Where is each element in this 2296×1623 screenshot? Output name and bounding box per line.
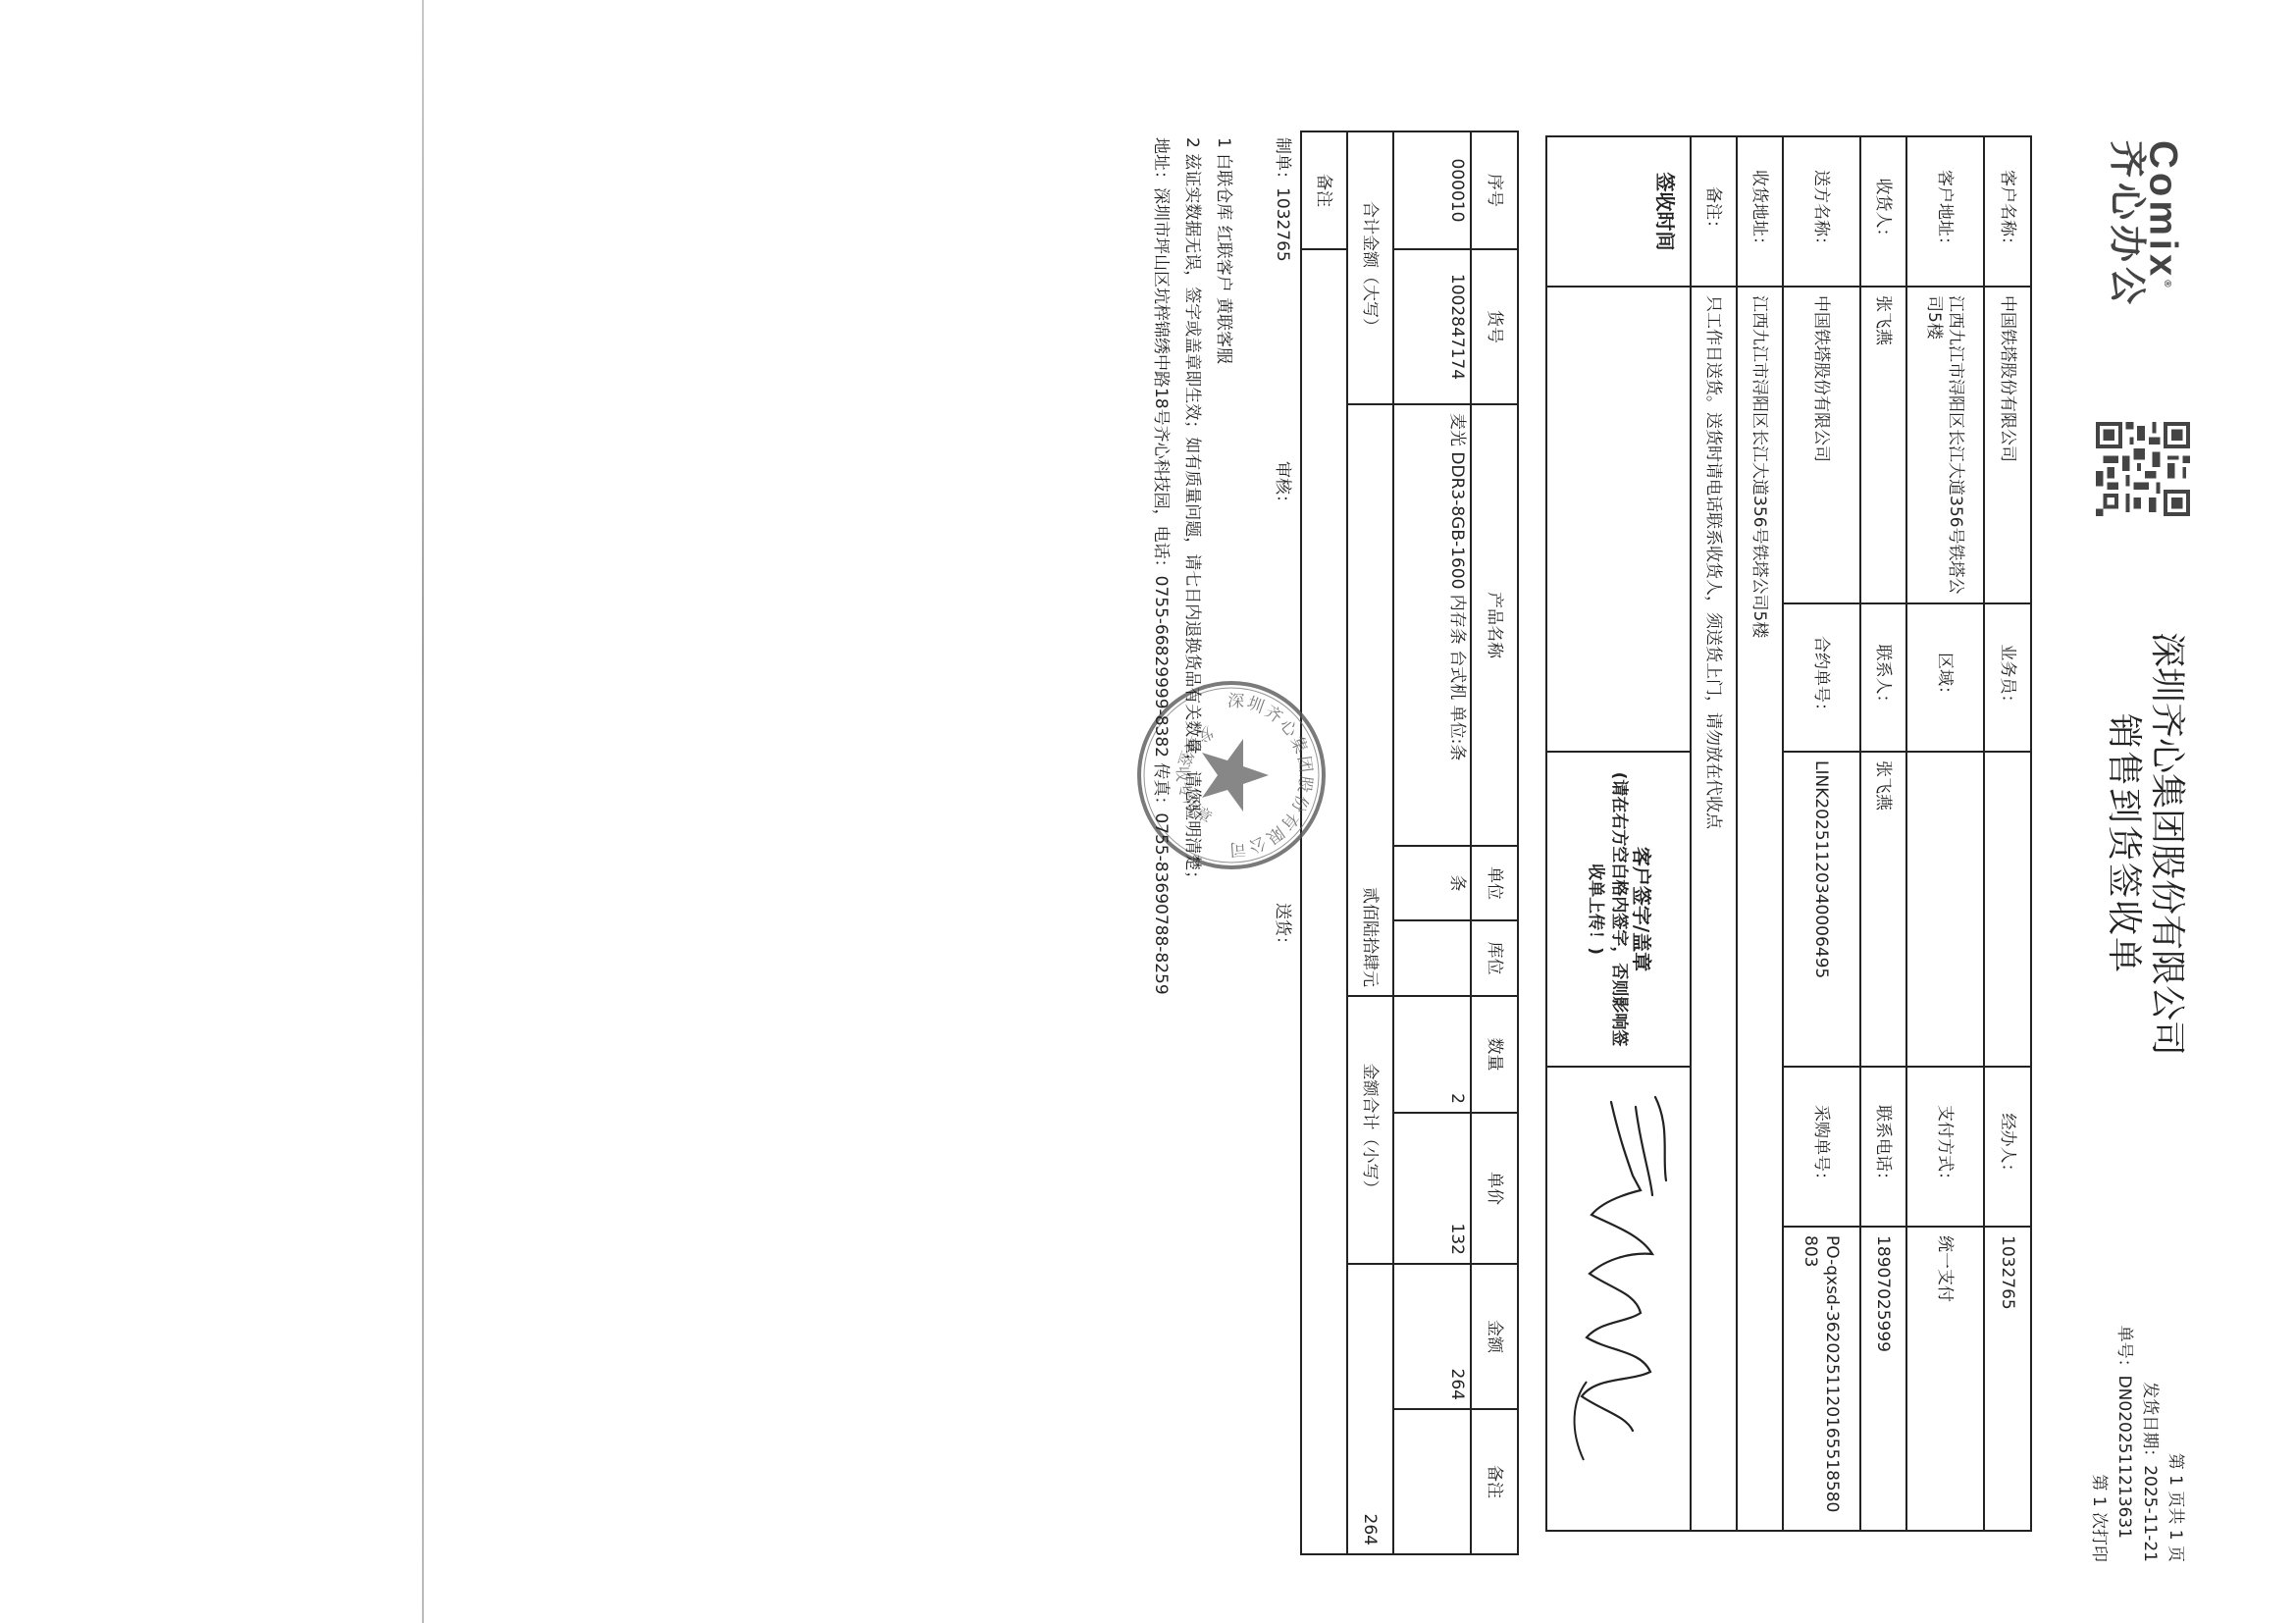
delivery-address: 江西九江市浔阳区长江大道356号铁塔公司5楼 — [1737, 287, 1783, 1531]
sign-title: 客户签字/盖章 — [1632, 764, 1653, 1054]
table-row: 000010 1002847174 麦光 DDR3-8GB-1600 内存条 台… — [1393, 131, 1471, 1554]
contract-number: LINK20251120340006495 — [1783, 752, 1860, 1067]
product-remarks-label: 备注 — [1301, 131, 1347, 249]
maker: 制单：1032765 — [1272, 137, 1293, 262]
col-name: 产品名称 — [1471, 404, 1518, 846]
document-title: 销售到货签收单 — [2104, 550, 2143, 1138]
phone: 18907025999 — [1860, 1227, 1906, 1531]
payment-label: 支付方式： — [1906, 1067, 1984, 1227]
document-number: 单号：DN0202511213631 — [2113, 1326, 2135, 1539]
comix-logo: Comix® — [2144, 140, 2186, 291]
sign-row: 签收时间 客户签字/盖章 (请在右方空白格内签字，否则影响签收单上传！) — [1546, 136, 1691, 1531]
info-row: 收货人： 张飞燕 联系人： 张飞燕 联系电话： 18907025999 — [1860, 136, 1906, 1531]
customer-name: 中国铁塔股份有限公司 — [1984, 287, 2031, 603]
product-table: 序号 货号 产品名称 单位 库位 数量 单价 金额 备注 000010 1002… — [1300, 131, 1519, 1555]
delivery-label: 送货： — [1272, 903, 1293, 953]
row-amount: 264 — [1393, 1264, 1471, 1409]
col-qty: 数量 — [1471, 996, 1518, 1113]
contract-label: 合约单号： — [1783, 603, 1860, 752]
receiver-label: 收货人： — [1860, 136, 1906, 287]
product-table-header: 序号 货号 产品名称 单位 库位 数量 单价 金额 备注 — [1471, 131, 1518, 1554]
col-seq: 序号 — [1471, 131, 1518, 249]
company-title: 深圳齐心集团股份有限公司 — [2147, 550, 2186, 1138]
col-unit: 单位 — [1471, 846, 1518, 920]
row-seq: 000010 — [1393, 131, 1471, 249]
region-label: 区域： — [1906, 603, 1984, 752]
fold-line — [422, 0, 424, 1623]
handler-label: 经办人： — [1984, 1067, 2031, 1227]
row-sku: 1002847174 — [1393, 249, 1471, 404]
col-remark: 备注 — [1471, 1409, 1518, 1554]
info-row: 送方名称： 中国铁塔股份有限公司 合约单号： LINK2025112034000… — [1783, 136, 1860, 1531]
total-upper-label: 合计金额（大写） — [1347, 131, 1393, 404]
col-price: 单价 — [1471, 1113, 1518, 1264]
handwritten-signature — [1552, 1087, 1680, 1499]
col-sku: 货号 — [1471, 249, 1518, 404]
row-location — [1393, 920, 1471, 996]
contact: 张飞燕 — [1860, 752, 1906, 1067]
info-row: 收货地址： 江西九江市浔阳区长江大道356号铁塔公司5楼 — [1737, 136, 1783, 1531]
info-row: 客户地址： 江西九江市浔阳区长江大道356号铁塔公司5楼 区域： 支付方式： 统… — [1906, 136, 1984, 1531]
col-amount: 金额 — [1471, 1264, 1518, 1409]
contact-label: 联系人： — [1860, 603, 1906, 752]
reviewer-label: 审核： — [1272, 461, 1293, 511]
row-qty: 2 — [1393, 996, 1471, 1113]
print-count: 第 1 次打印 — [2088, 1474, 2110, 1562]
customer-name-label: 客户名称： — [1984, 136, 2031, 287]
salesperson — [1984, 752, 2031, 1067]
ship-to-label: 送方名称： — [1783, 136, 1860, 287]
remarks-label: 备注： — [1691, 136, 1737, 287]
info-row: 客户名称： 中国铁塔股份有限公司 业务员： 经办人： 1032765 — [1984, 136, 2031, 1531]
row-price: 132 — [1393, 1113, 1471, 1264]
po-number: PO-qxsd-3620251120165518580803 — [1783, 1227, 1860, 1531]
phone-label: 联系电话： — [1860, 1067, 1906, 1227]
qr-code-icon — [2096, 422, 2190, 516]
delivery-receipt-page: Comix® 齐心办公 深圳齐心集团股份有限公司 销售到货签收单 第 1 页共 … — [0, 0, 2296, 1623]
validity-note: 2 兹证实数据无误，签字或盖章即生效；如有质量问题，请七日内退换货品有关数量，请… — [1181, 137, 1203, 887]
sign-time-field[interactable] — [1546, 287, 1691, 752]
payment-method: 统一支付 — [1906, 1227, 1984, 1531]
handler: 1032765 — [1984, 1227, 2031, 1531]
logo-chinese: 齐心办公 — [2108, 140, 2147, 309]
receiver: 张飞燕 — [1860, 287, 1906, 603]
col-location: 库位 — [1471, 920, 1518, 996]
remarks: 只工作日送货。送货时请电话联系收货人，须送货上门，请勿放在代收点 — [1691, 287, 1737, 1531]
po-label: 采购单号： — [1783, 1067, 1860, 1227]
page-info: 第 1 页共 1 页 — [2165, 1453, 2186, 1562]
sign-instruction: 客户签字/盖章 (请在右方空白格内签字，否则影响签收单上传！) — [1546, 752, 1691, 1067]
customer-info-table: 客户名称： 中国铁塔股份有限公司 业务员： 经办人： 1032765 客户地址：… — [1545, 135, 2032, 1532]
copy-note: 1 白联仓库 红联客户 黄联客服 — [1213, 137, 1234, 364]
customer-address: 江西九江市浔阳区长江大道356号铁塔公司5楼 — [1906, 287, 1984, 603]
company-address: 地址：深圳市坪山区坑梓锦绣中路18号齐心科技园，电话：0755-66829999… — [1150, 137, 1172, 995]
info-row: 备注： 只工作日送货。送货时请电话联系收货人，须送货上门，请勿放在代收点 — [1691, 136, 1737, 1531]
row-unit: 条 — [1393, 846, 1471, 920]
total-lower: 264 — [1347, 1264, 1393, 1554]
sign-time-label: 签收时间 — [1546, 136, 1691, 287]
customer-address-label: 客户地址： — [1906, 136, 1984, 287]
total-lower-label: 金额合计（小写） — [1347, 996, 1393, 1264]
ship-date: 发货日期：2025-11-21 — [2139, 1382, 2161, 1562]
delivery-address-label: 收货地址： — [1737, 136, 1783, 287]
product-remarks — [1301, 249, 1347, 1554]
region — [1906, 752, 1984, 1067]
row-name: 麦光 DDR3-8GB-1600 内存条 台式机 单位:条 — [1393, 404, 1471, 846]
salesperson-label: 业务员： — [1984, 603, 2031, 752]
sign-note: (请在右方空白格内签字，否则影响签收单上传！) — [1585, 764, 1632, 1054]
row-remark — [1393, 1409, 1471, 1554]
total-row: 合计金额（大写） 贰佰陆拾肆元 金额合计（小写） 264 — [1347, 131, 1393, 1554]
total-upper: 贰佰陆拾肆元 — [1347, 404, 1393, 996]
ship-to: 中国铁塔股份有限公司 — [1783, 287, 1860, 603]
signature-field[interactable] — [1546, 1067, 1691, 1531]
